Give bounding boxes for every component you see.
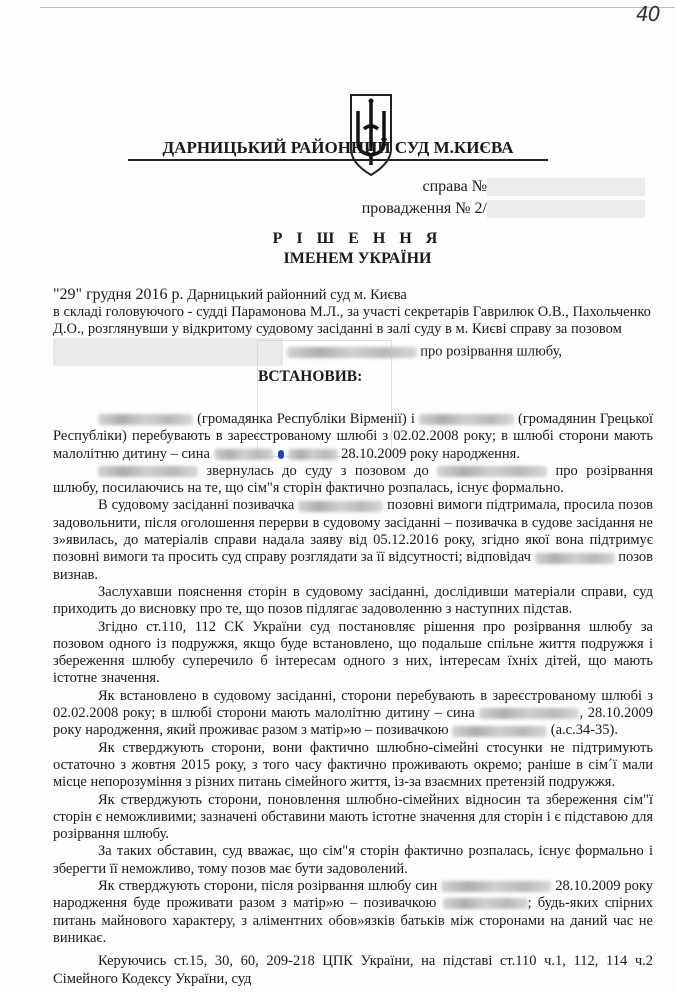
handwritten-page-number: 40 — [636, 2, 659, 26]
proceeding-number-label: провадження № 2/ — [362, 200, 487, 217]
redacted-name — [535, 553, 615, 564]
court-name-heading: ДАРНИЦЬКИЙ РАЙОННИЙ СУД М.КИЄВА — [128, 138, 548, 161]
trident-emblem-icon — [348, 93, 394, 177]
decision-subtitle: ІМЕНЕМ УКРАЇНИ — [0, 250, 675, 268]
case-info: справа № провадження № 2/ — [362, 176, 645, 220]
redacted-name — [443, 898, 528, 909]
text: Як стверджують сторони, після розірвання… — [98, 878, 441, 894]
redacted-name — [452, 726, 547, 737]
paragraph: В судовому засіданні позивачка позовні в… — [53, 497, 653, 583]
redacted-name — [214, 449, 274, 460]
paragraph: Заслухавши пояснення сторін в судовому з… — [53, 584, 653, 619]
paragraph: Керуючись ст.15, 30, 60, 209-218 ЦПК Укр… — [53, 953, 653, 988]
plaintiff-redacted — [53, 338, 283, 366]
established-heading: ВСТАНОВИВ: — [258, 368, 362, 386]
case-number-redacted — [487, 178, 645, 196]
paragraph: Як стверджують сторони, після розірвання… — [53, 878, 653, 947]
redacted-name — [98, 466, 198, 477]
paragraph: За таких обставин, суд вважає, що сім"я … — [53, 843, 653, 878]
paragraph: звернулась до суду з позовом до про розі… — [53, 463, 653, 498]
intro-subject: про розірвання шлюбу, — [420, 343, 562, 359]
redacted-name — [441, 881, 551, 892]
decision-title: Р І Ш Е Н Н Я — [0, 230, 675, 248]
redacted-name — [98, 414, 193, 425]
text: (громадянка Республіки Вірменії) і — [193, 411, 419, 427]
redacted-name — [419, 414, 514, 425]
redacted-name — [437, 466, 547, 477]
paragraph: Як встановлено в судовому засіданні, сто… — [53, 688, 653, 740]
text: В судовому засіданні позивачка — [98, 497, 298, 513]
redacted-name — [298, 501, 383, 512]
intro-composition: в складі головуючого - судді Парамонова … — [53, 304, 653, 338]
text: (а.с.34-35). — [547, 722, 618, 738]
proceeding-number-redacted — [487, 200, 645, 218]
decision-body: (громадянка Республіки Вірменії) і (гром… — [53, 411, 653, 988]
paragraph: Як стверджують сторони, поновлення шлюбн… — [53, 792, 653, 844]
paragraph: Згідно ст.110, 112 СК України суд постан… — [53, 619, 653, 688]
intro-court: Дарницький районний суд м. Києва — [183, 287, 406, 303]
decision-date: "29" грудня 2016 р. — [53, 286, 183, 303]
text: звернулась до суду з позовом до — [198, 463, 437, 479]
scan-edge-line — [40, 7, 675, 8]
paragraph: (громадянка Республіки Вірменії) і (гром… — [53, 411, 653, 463]
paragraph: Як стверджують сторони, вони фактично шл… — [53, 740, 653, 792]
redacted-name — [288, 449, 338, 460]
text: 28.10.2009 року народження. — [338, 446, 520, 462]
redacted-name — [479, 708, 579, 719]
pen-mark — [278, 450, 284, 459]
case-number-label: справа № — [423, 178, 487, 195]
